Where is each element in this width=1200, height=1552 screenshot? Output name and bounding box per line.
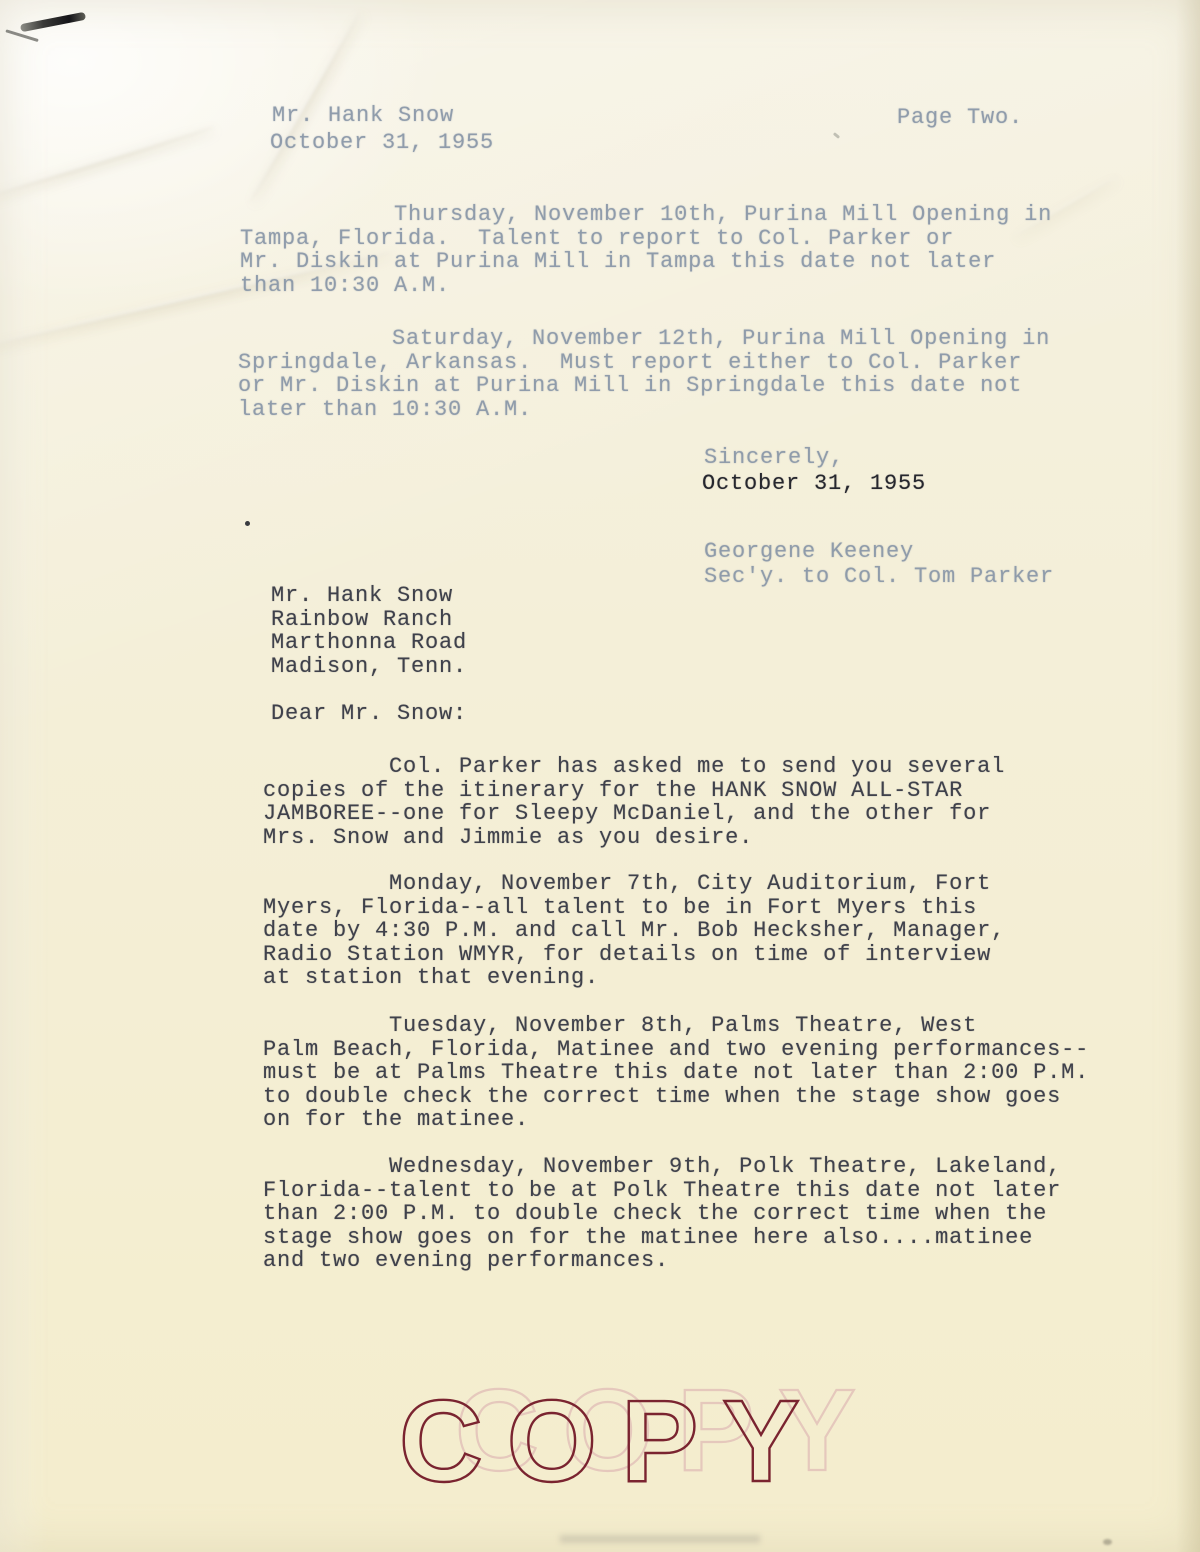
paper-mark bbox=[833, 132, 840, 139]
ink-speck bbox=[245, 521, 250, 526]
closing-sincerely: Sincerely, bbox=[704, 446, 844, 470]
itinerary-saturday-paragraph: Saturday, November 12th, Purina Mill Ope… bbox=[238, 327, 1050, 421]
signer-title: Sec'y. to Col. Tom Parker bbox=[704, 565, 1054, 589]
copy-stamp: COPY COPY bbox=[0, 1330, 1200, 1552]
header-recipient: Mr. Hank Snow bbox=[272, 104, 454, 128]
recipient-address-block: Mr. Hank Snow Rainbow Ranch Marthonna Ro… bbox=[271, 584, 467, 678]
salutation: Dear Mr. Snow: bbox=[271, 702, 467, 726]
paper-mark bbox=[1103, 1539, 1112, 1545]
signer-name: Georgene Keeney bbox=[704, 540, 914, 564]
body-intro-paragraph: Col. Parker has asked me to send you sev… bbox=[263, 755, 1005, 849]
itinerary-thursday-paragraph: Thursday, November 10th, Purina Mill Ope… bbox=[240, 203, 1052, 297]
copy-stamp-ghost: COPY bbox=[455, 1365, 880, 1495]
page-number-label: Page Two. bbox=[897, 106, 1023, 130]
paper-smudge bbox=[560, 1535, 760, 1543]
letter-page: Mr. Hank Snow October 31, 1955 Page Two.… bbox=[0, 0, 1200, 1552]
body-wednesday-paragraph: Wednesday, November 9th, Polk Theatre, L… bbox=[263, 1155, 1061, 1273]
header-date: October 31, 1955 bbox=[270, 131, 494, 155]
closing-date: October 31, 1955 bbox=[702, 472, 926, 496]
copy-stamp-text: COPY bbox=[399, 1376, 824, 1506]
staple bbox=[20, 12, 86, 32]
paper-crease bbox=[0, 125, 215, 199]
body-monday-paragraph: Monday, November 7th, City Auditorium, F… bbox=[263, 872, 1005, 990]
body-tuesday-paragraph: Tuesday, November 8th, Palms Theatre, We… bbox=[263, 1014, 1089, 1132]
